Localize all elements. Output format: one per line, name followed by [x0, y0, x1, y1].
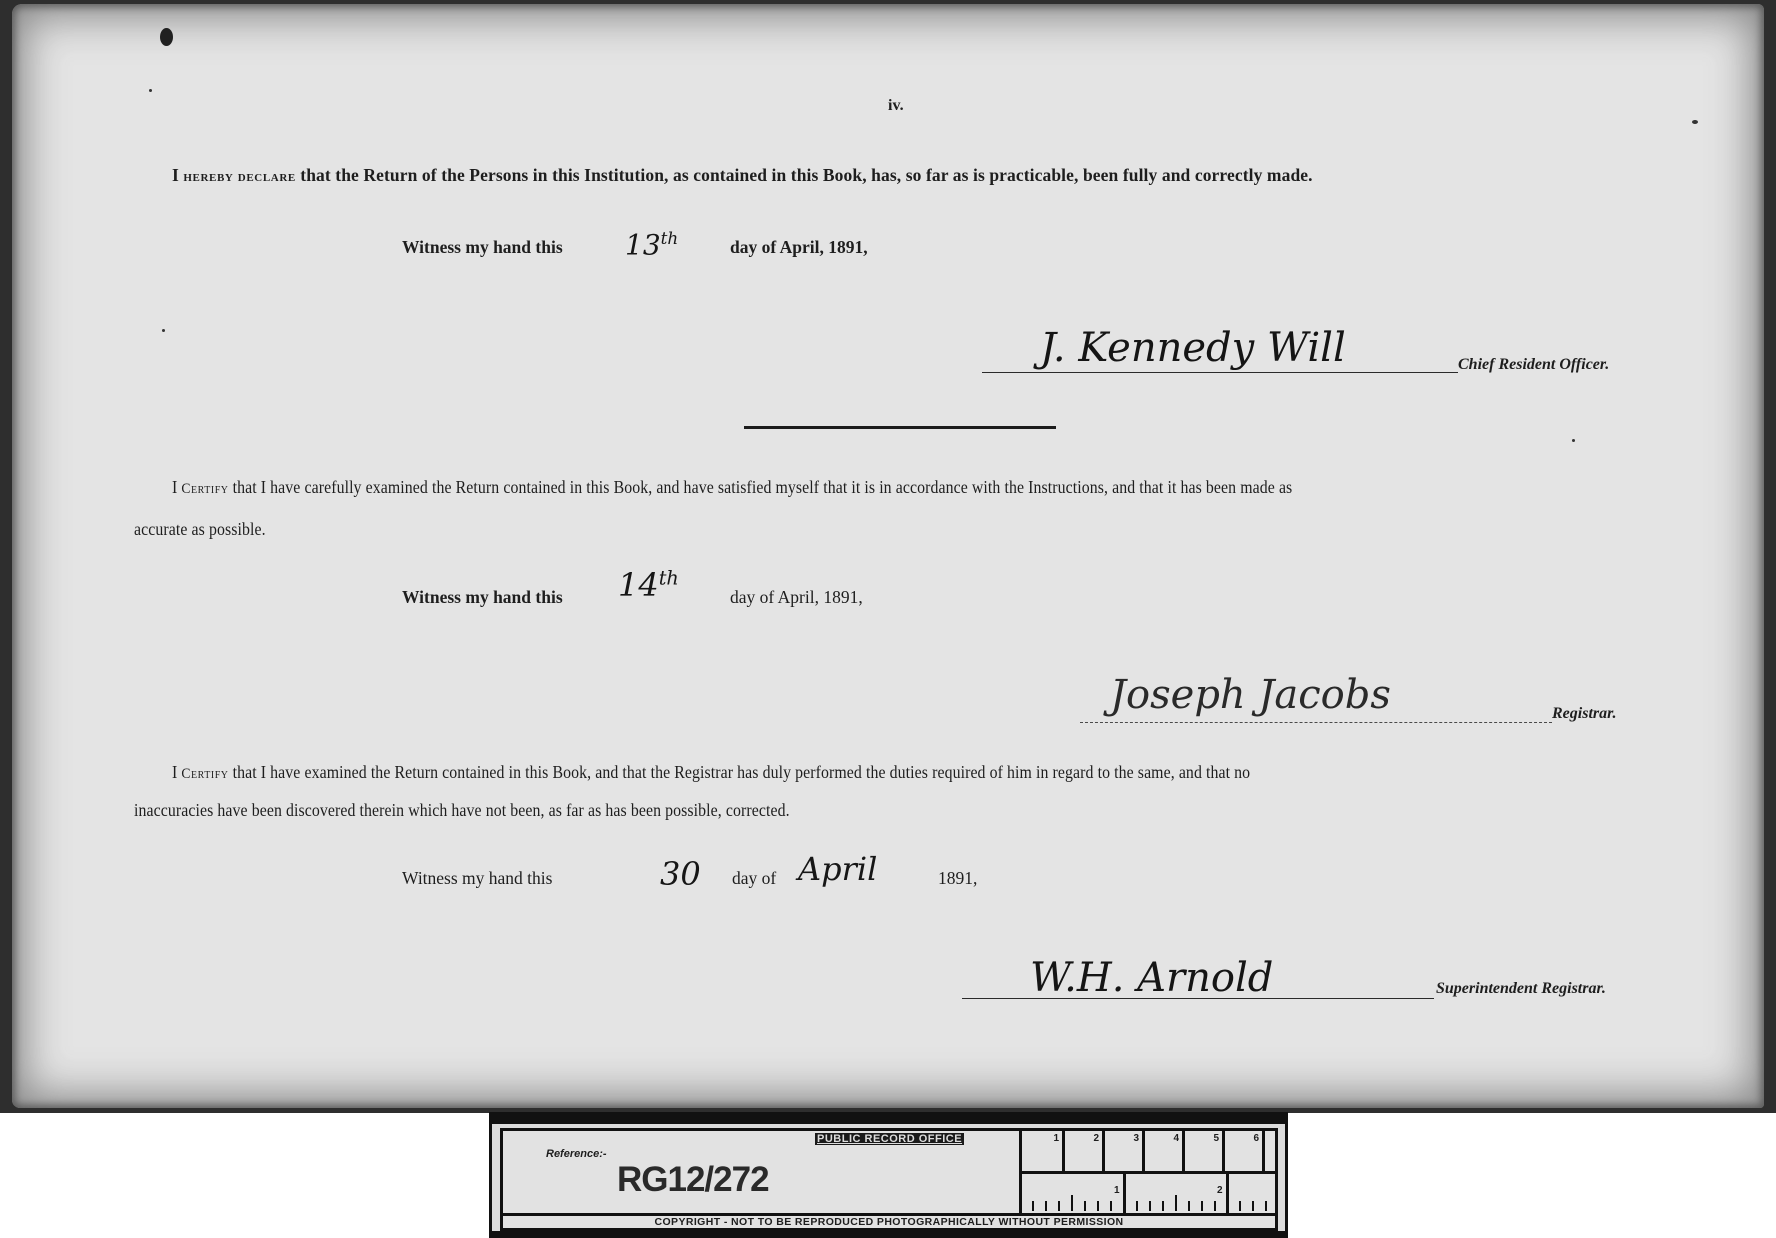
scale-tick	[1265, 1201, 1267, 1211]
superintendent-witness-label: Witness my hand this	[402, 868, 552, 889]
reference-code: RG12/272	[617, 1160, 769, 1200]
day-suffix: th	[659, 566, 679, 589]
superintendent-role: Superintendent Registrar.	[1436, 980, 1606, 998]
inch-label: 1	[1114, 1185, 1120, 1196]
cm-cell: 1	[1022, 1131, 1065, 1171]
registrar-date-rest: day of April, 1891,	[730, 587, 863, 608]
cm-label: 3	[1133, 1133, 1139, 1144]
registrar-certificate-line2: accurate as possible.	[134, 519, 266, 540]
speck	[1692, 120, 1698, 124]
scale-tick	[1175, 1195, 1177, 1211]
scale-tick	[1110, 1201, 1112, 1211]
speck	[149, 89, 152, 92]
inch-divider	[1226, 1174, 1229, 1213]
chief-officer-role: Chief Resident Officer.	[1458, 356, 1609, 374]
scale-tick	[1201, 1201, 1203, 1211]
superintendent-certificate-line1: I Certify that I have examined the Retur…	[172, 762, 1250, 783]
declaration-witness-label: Witness my hand this	[402, 237, 563, 258]
registrar-witness-label: Witness my hand this	[402, 587, 563, 608]
scale-tick	[1084, 1201, 1086, 1211]
speck	[1572, 439, 1575, 442]
page-number: iv.	[888, 97, 904, 115]
declaration-lead-caps: hereby declare	[183, 169, 295, 185]
superintendent-certificate-line2: inaccuracies have been discovered therei…	[134, 800, 790, 821]
inch-label: 2	[1217, 1185, 1223, 1196]
registrar-role: Registrar.	[1552, 705, 1616, 723]
measurement-scale: 1 2 3 4 5 6 1 2	[1019, 1131, 1275, 1213]
superintendent-certificate-text-1: that I have examined the Return containe…	[233, 762, 1251, 782]
scale-tick	[1136, 1201, 1138, 1211]
registrar-certificate-line1: I Certify that I have carefully examined…	[172, 477, 1292, 498]
registrar-signature: Joseph Jacobs	[1110, 672, 1391, 718]
chief-officer-signature: J. Kennedy Will	[1040, 325, 1346, 371]
declaration-text: that the Return of the Persons in this I…	[300, 165, 1312, 185]
cm-cell: 3	[1105, 1131, 1145, 1171]
cm-label: 6	[1253, 1133, 1259, 1144]
registrar-signature-line	[1080, 722, 1552, 723]
scale-tick	[1149, 1201, 1151, 1211]
declaration-day-handwritten: 13th	[625, 228, 678, 261]
day-number: 14	[618, 566, 659, 604]
declaration-paragraph: I hereby declare that the Return of the …	[172, 165, 1313, 186]
inch-divider	[1123, 1174, 1126, 1213]
superintendent-lead: I	[172, 762, 177, 782]
scale-tick	[1032, 1201, 1034, 1211]
declaration-date-rest: day of April, 1891,	[730, 237, 868, 258]
cm-label: 5	[1213, 1133, 1219, 1144]
scale-tick	[1097, 1201, 1099, 1211]
scale-tick	[1239, 1201, 1241, 1211]
scale-tick	[1045, 1201, 1047, 1211]
speck	[162, 329, 165, 332]
scale-divider	[1022, 1171, 1275, 1174]
registrar-day-handwritten: 14th	[618, 566, 679, 604]
section-divider-rule	[744, 426, 1056, 429]
superintendent-signature: W.H. Arnold	[1030, 955, 1273, 1001]
reference-card-top-bar	[489, 1112, 1288, 1124]
cm-cell: 5	[1185, 1131, 1225, 1171]
cm-cell: 6	[1225, 1131, 1265, 1171]
cm-cell: 4	[1145, 1131, 1185, 1171]
registrar-lead: I	[172, 477, 177, 497]
registrar-certificate-text-1: that I have carefully examined the Retur…	[233, 477, 1293, 497]
reference-label: Reference:-	[546, 1148, 607, 1160]
chief-officer-signature-line	[982, 372, 1458, 373]
day-number: 13	[625, 228, 661, 261]
registrar-lead-caps: Certify	[181, 481, 228, 497]
scale-tick	[1071, 1195, 1073, 1211]
superintendent-day-of: day of	[732, 868, 776, 889]
cm-cell: 2	[1065, 1131, 1105, 1171]
superintendent-month-handwritten: April	[798, 850, 877, 888]
reference-card-bottom-bar	[489, 1231, 1288, 1238]
cm-label: 2	[1093, 1133, 1099, 1144]
ink-blot	[160, 28, 173, 46]
superintendent-year: 1891,	[938, 868, 977, 889]
day-suffix: th	[661, 228, 679, 248]
scale-tick	[1214, 1201, 1216, 1211]
scale-tick	[1188, 1201, 1190, 1211]
scale-tick	[1058, 1201, 1060, 1211]
copyright-notice: COPYRIGHT - NOT TO BE REPRODUCED PHOTOGR…	[500, 1216, 1278, 1228]
cm-label: 1	[1053, 1133, 1059, 1144]
declaration-lead: I	[172, 165, 179, 185]
superintendent-lead-caps: Certify	[181, 766, 228, 782]
public-record-office-title: PUBLIC RECORD OFFICE	[815, 1133, 964, 1145]
scale-tick	[1252, 1201, 1254, 1211]
superintendent-day-handwritten: 30	[660, 855, 701, 893]
scale-tick	[1162, 1201, 1164, 1211]
cm-label: 4	[1173, 1133, 1179, 1144]
